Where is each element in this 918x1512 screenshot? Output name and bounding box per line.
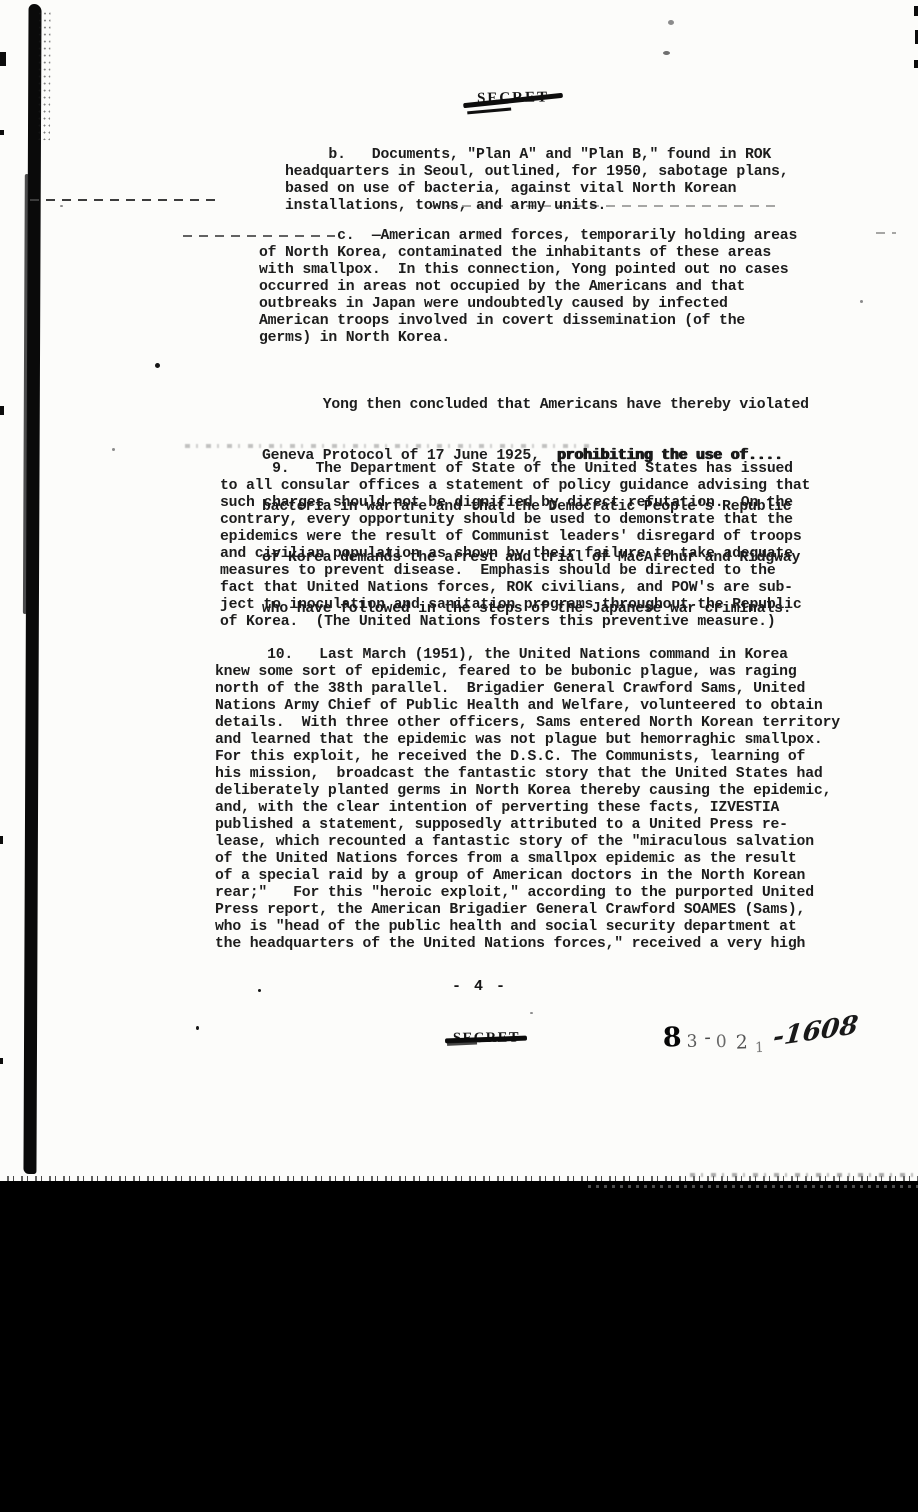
- text-line: of the United Nations forces from a smal…: [215, 851, 840, 868]
- paragraph-9: 9. The Department of State of the United…: [220, 461, 810, 631]
- scan-edge-mark: [914, 6, 918, 16]
- text-line: For this exploit, he received the D.S.C.…: [215, 749, 840, 766]
- text-line: b. Documents, "Plan A" and "Plan B," fou…: [285, 147, 788, 164]
- text-line: Yong then concluded that Americans have …: [262, 397, 809, 414]
- text-line: American troops involved in covert disse…: [259, 313, 797, 330]
- paragraph-item-c: c. —American armed forces, temporarily h…: [259, 228, 797, 347]
- stray-period-mark: [258, 989, 261, 992]
- text-line: and, with the clear intention of pervert…: [215, 800, 840, 817]
- text-line: outbreaks in Japan were undoubtedly caus…: [259, 296, 797, 313]
- text-line: Press report, the American Brigadier Gen…: [215, 902, 840, 919]
- text-line: germs) in North Korea.: [259, 330, 797, 347]
- text-line: Nations Army Chief of Public Health and …: [215, 698, 840, 715]
- text-line: measures to prevent disease. Emphasis sh…: [220, 563, 810, 580]
- scan-smudge: [690, 1173, 918, 1177]
- page-number: - 4 -: [452, 978, 507, 995]
- text-line: epidemics were the result of Communist l…: [220, 529, 810, 546]
- scan-speck: [860, 300, 863, 303]
- text-line: north of the 38th parallel. Brigadier Ge…: [215, 681, 840, 698]
- scan-speck: [112, 448, 115, 451]
- scan-edge-stripe: [23, 4, 41, 1174]
- reference-number-dash: -: [704, 1026, 711, 1048]
- text-line: deliberately planted germs in North Kore…: [215, 783, 840, 800]
- scan-dash-line: [30, 199, 218, 201]
- reference-number-digit: 0: [716, 1032, 727, 1052]
- text-line: with smallpox. In this connection, Yong …: [259, 262, 797, 279]
- text-line: to all consular offices a statement of p…: [220, 478, 810, 495]
- text-line: fact that United Nations forces, ROK civ…: [220, 580, 810, 597]
- reference-number-digit: 3: [686, 1032, 697, 1052]
- stray-period-mark: [196, 1026, 199, 1030]
- scan-edge-mark: [0, 406, 4, 415]
- scan-edge-mark: [0, 1058, 3, 1064]
- text-line: details. With three other officers, Sams…: [215, 715, 840, 732]
- underline-mark: [467, 108, 511, 115]
- paragraph-item-b: b. Documents, "Plan A" and "Plan B," fou…: [285, 147, 788, 215]
- text-line: published a statement, supposedly attrib…: [215, 817, 840, 834]
- text-line: such charges should not be dignified by …: [220, 495, 810, 512]
- scan-speck: [60, 205, 63, 207]
- reference-number-handwritten: -1608: [772, 1010, 860, 1052]
- text-line: knew some sort of epidemic, feared to be…: [215, 664, 840, 681]
- text-line: rear;" For this "heroic exploit," accord…: [215, 885, 840, 902]
- text-line: of a special raid by a group of American…: [215, 868, 840, 885]
- text-line: installations, towns, and army units.: [285, 198, 788, 215]
- reference-number-digit: 8: [662, 1022, 682, 1053]
- text-line: headquarters in Seoul, outlined, for 195…: [285, 164, 788, 181]
- text-line: lease, which recounted a fantastic story…: [215, 834, 840, 851]
- scanned-document-page: SECRET b. Documents, "Plan A" and "Plan …: [0, 0, 918, 1512]
- reference-number-digit: 2: [735, 1031, 748, 1053]
- paragraph-10: 10. Last March (1951), the United Nation…: [215, 647, 840, 953]
- scan-edge-mark: [914, 60, 918, 68]
- scan-speck: [668, 20, 674, 25]
- text-line: and civilian population as shown by thei…: [220, 546, 810, 563]
- text-line: the headquarters of the United Nations f…: [215, 936, 840, 953]
- scan-edge-mark: [0, 52, 6, 66]
- text-line: of North Korea, contaminated the inhabit…: [259, 245, 797, 262]
- reference-number-digit: 1: [755, 1040, 764, 1056]
- classification-stamp-bottom: SECRET: [453, 1030, 520, 1048]
- scan-bottom-black-band: [0, 1181, 918, 1512]
- scan-speck: [530, 1012, 533, 1014]
- scan-edge-mark: [0, 836, 3, 844]
- text-line: and learned that the epidemic was not pl…: [215, 732, 840, 749]
- text-line: contrary, every opportunity should be us…: [220, 512, 810, 529]
- text-line: his mission, broadcast the fantastic sto…: [215, 766, 840, 783]
- text-line: who is "head of the public health and so…: [215, 919, 840, 936]
- scan-edge-mark: [0, 130, 4, 135]
- text-line: ject to inoculation and sanitation progr…: [220, 597, 810, 614]
- margin-dot-mark: [155, 363, 160, 368]
- scan-dash-line: [876, 232, 896, 234]
- scan-speck: [663, 51, 670, 55]
- text-line: 9. The Department of State of the United…: [220, 461, 810, 478]
- text-line: c. —American armed forces, temporarily h…: [259, 228, 797, 245]
- text-line: of Korea. (The United Nations fosters th…: [220, 614, 810, 631]
- text-line: 10. Last March (1951), the United Nation…: [215, 647, 840, 664]
- reference-number: 83-021-1608: [662, 1017, 857, 1076]
- classification-stamp-top: SECRET: [477, 89, 549, 107]
- text-line: occurred in areas not occupied by the Am…: [259, 279, 797, 296]
- text-line: based on use of bacteria, against vital …: [285, 181, 788, 198]
